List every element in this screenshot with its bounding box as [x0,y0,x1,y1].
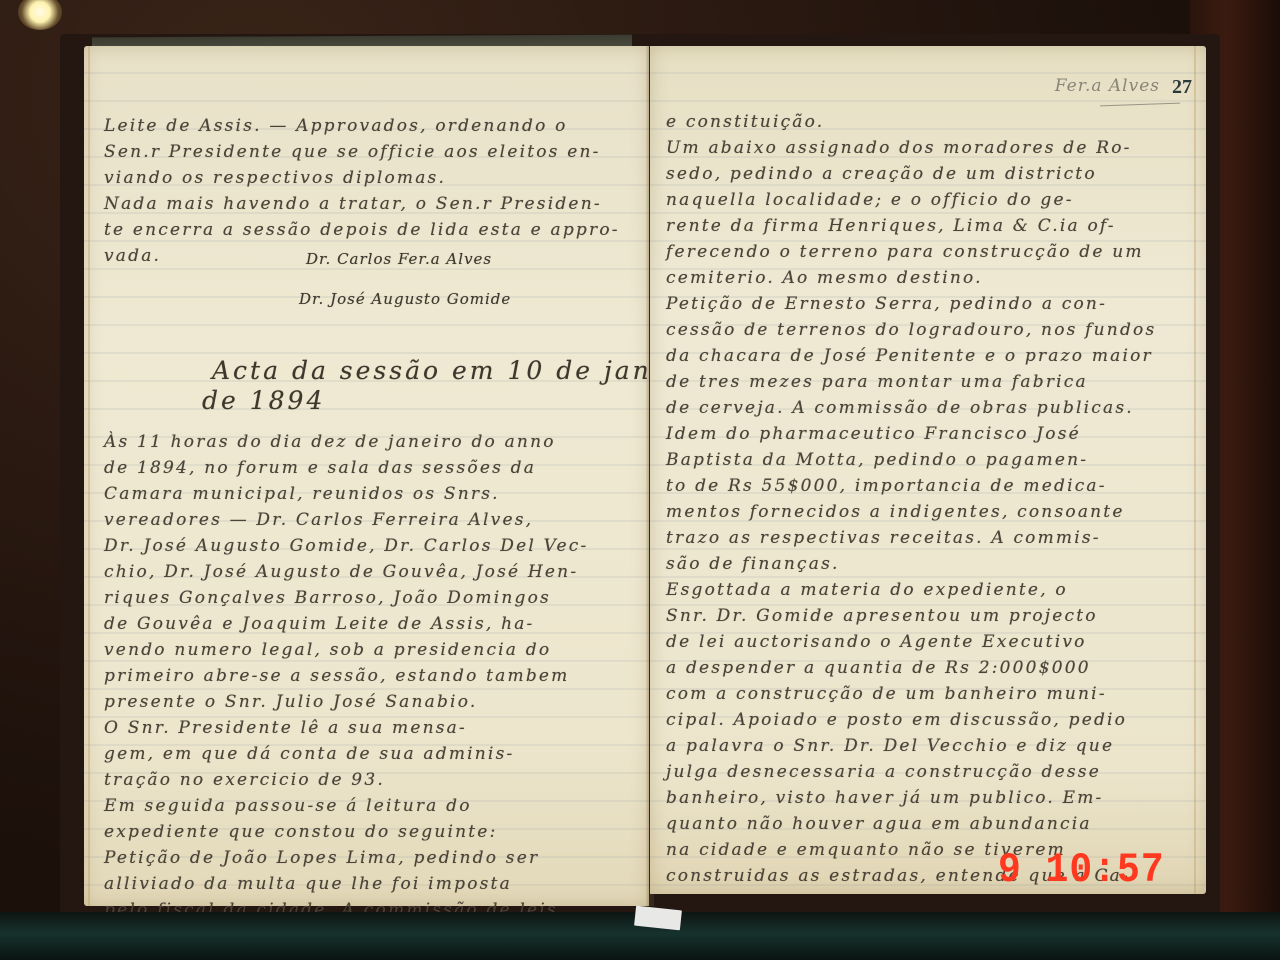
text-line: são de finanças. [650,554,1206,574]
text-line: Camara municipal, reunidos os Snrs. [84,484,649,504]
text-line: rente da firma Henriques, Lima & C.ia of… [650,216,1206,236]
text-line: Baptista da Motta, pedindo o pagamen- [650,450,1206,470]
text-line: da chacara de José Penitente e o prazo m… [650,346,1206,366]
text-line: sedo, pedindo a creação de um districto [650,164,1206,184]
text-line: banheiro, visto haver já um publico. Em- [650,788,1206,808]
session-heading-year: de 1894 [84,386,649,415]
text-line: cemiterio. Ao mesmo destino. [650,268,1206,288]
text-line: Petição de Ernesto Serra, pedindo a con- [650,294,1206,314]
text-line: vereadores — Dr. Carlos Ferreira Alves, [84,510,649,530]
text-line: riques Gonçalves Barroso, João Domingos [84,588,649,608]
text-line: ferecendo o terreno para construcção de … [650,242,1206,262]
text-line: expediente que constou do seguinte: [84,822,649,842]
text-line: O Snr. Presidente lê a sua mensa- [84,718,649,738]
text-line: chio, Dr. José Augusto de Gouvêa, José H… [84,562,649,582]
text-line: Petição de João Lopes Lima, pedindo ser [84,848,649,868]
text-line: primeiro abre-se a sessão, estando tambe… [84,666,649,686]
text-line: Idem do pharmaceutico Francisco José [650,424,1206,444]
text-line: Snr. Dr. Gomide apresentou um projecto [650,606,1206,626]
text-line: de Gouvêa e Joaquim Leite de Assis, ha- [84,614,649,634]
page-number: 27 [1172,76,1192,99]
text-line: com a construcção de um banheiro muni- [650,684,1206,704]
text-line: to de Rs 55$000, importancia de medica- [650,476,1206,496]
initials-underline [1100,103,1180,107]
text-line: e constituição. [650,112,1206,132]
text-line: gem, em que dá conta de sua adminis- [84,744,649,764]
text-line: Sen.r Presidente que se officie aos elei… [84,142,649,162]
session-heading: Acta da sessão em 10 de janeiro [84,356,649,385]
text-line: alliviado da multa que lhe foi imposta [84,874,649,894]
text-line: trazo as respectivas receitas. A commis- [650,528,1206,548]
text-line: de tres mezes para montar uma fabrica [650,372,1206,392]
text-line: julga desnecessaria a construcção desse [650,762,1206,782]
text-line: Esgottada a materia do expediente, o [650,580,1206,600]
signature-gomide: Dr. José Augusto Gomide [84,290,649,308]
text-line: a palavra o Snr. Dr. Del Vecchio e diz q… [650,736,1206,756]
page-initials: Fer.a Alves [1055,76,1160,96]
text-line: Em seguida passou-se á leitura do [84,796,649,816]
text-line: de lei auctorisando o Agente Executivo [650,632,1206,652]
text-line: cessão de terrenos do logradouro, nos fu… [650,320,1206,340]
text-line: Leite de Assis. — Approvados, ordenando … [84,116,649,136]
right-page: Fer.a Alves 27 e constituição. Um abaixo… [650,46,1206,894]
text-line: Nada mais havendo a tratar, o Sen.r Pres… [84,194,649,214]
text-line: de 1894, no forum e sala das sessões da [84,458,649,478]
text-line: cipal. Apoiado e posto em discussão, ped… [650,710,1206,730]
ceiling-lamp-glare [18,0,62,30]
text-line: Dr. José Augusto Gomide, Dr. Carlos Del … [84,536,649,556]
text-line: viando os respectivos diplomas. [84,168,649,188]
text-line: Às 11 horas do dia dez de janeiro do ann… [84,432,649,452]
text-line: mentos fornecidos a indigentes, consoant… [650,502,1206,522]
camera-timestamp: 9 10:57 [998,847,1165,894]
text-line: presente o Snr. Julio José Sanabio. [84,692,649,712]
text-line: te encerra a sessão depois de lida esta … [84,220,649,240]
text-line: tração no exercicio de 93. [84,770,649,790]
text-line: de cerveja. A commissão de obras publica… [650,398,1206,418]
text-line: Um abaixo assignado dos moradores de Ro- [650,138,1206,158]
left-page: Leite de Assis. — Approvados, ordenando … [84,46,649,906]
text-line: naquella localidade; e o officio do ge- [650,190,1206,210]
text-line: a despender a quantia de Rs 2:000$000 [650,658,1206,678]
text-line: quanto não houver agua em abundancia [650,814,1206,834]
signature-carlos: Dr. Carlos Fer.a Alves [84,250,649,268]
text-line: vendo numero legal, sob a presidencia do [84,640,649,660]
